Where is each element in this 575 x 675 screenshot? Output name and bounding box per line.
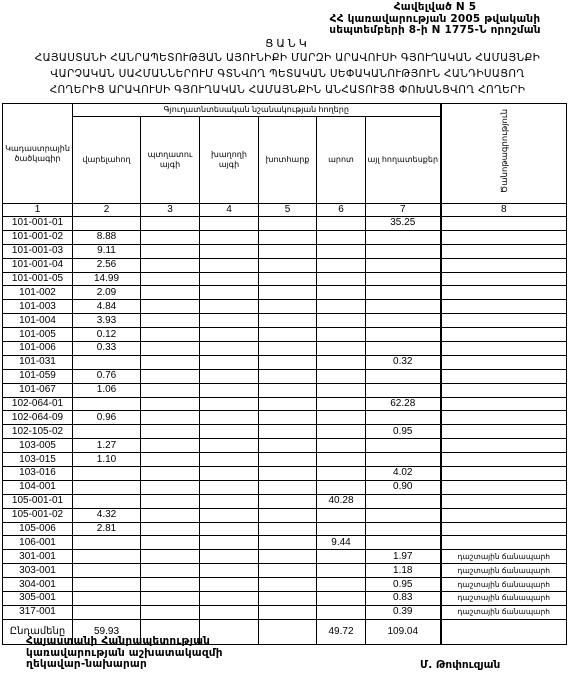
area-cell xyxy=(317,244,366,258)
column-number: 2 xyxy=(73,204,141,217)
document-title: ՀԱՅԱՍՏԱՆԻ ՀԱՆՐԱՊԵՏՈՒԹՅԱՆ ԱՅՈՒՆԻՔԻ ՄԱՐԶԻ … xyxy=(2,50,573,98)
cadastral-code-cell: 102-064-09 xyxy=(3,411,73,425)
area-cell xyxy=(200,286,259,300)
area-cell xyxy=(366,411,441,425)
area-cell xyxy=(259,467,317,481)
area-cell xyxy=(141,550,200,564)
note-cell xyxy=(441,425,567,439)
area-cell xyxy=(73,397,141,411)
note-cell xyxy=(441,355,567,369)
table-row: 101-0034.84 xyxy=(3,300,567,314)
cadastral-code-cell: 102-105-02 xyxy=(3,425,73,439)
cadastral-code-cell: 101-003 xyxy=(3,300,73,314)
column-header-orchard: պտղատու այգի xyxy=(141,117,200,204)
cadastral-code-cell: 101-001-02 xyxy=(3,230,73,244)
table-row: 105-0062.81 xyxy=(3,522,567,536)
area-cell xyxy=(259,300,317,314)
note-cell xyxy=(441,453,567,467)
area-cell xyxy=(317,480,366,494)
area-cell xyxy=(141,300,200,314)
area-cell: 9.11 xyxy=(73,244,141,258)
table-row: 102-064-090.96 xyxy=(3,411,567,425)
cadastral-code-cell: 101-004 xyxy=(3,314,73,328)
cadastral-code-cell: 103-016 xyxy=(3,467,73,481)
note-cell: դաշտային ճանապարհ xyxy=(441,550,567,564)
note-cell xyxy=(441,397,567,411)
area-cell: 0.33 xyxy=(73,342,141,356)
signatory-name: Մ. Թոփուզյան xyxy=(420,660,500,672)
area-cell xyxy=(141,314,200,328)
area-cell xyxy=(141,411,200,425)
cadastral-code-cell: 304-001 xyxy=(3,578,73,592)
area-cell xyxy=(317,605,366,619)
area-cell xyxy=(259,439,317,453)
area-cell xyxy=(317,383,366,397)
area-cell xyxy=(366,244,441,258)
area-cell xyxy=(317,467,366,481)
note-cell xyxy=(441,342,567,356)
area-cell: 3.93 xyxy=(73,314,141,328)
column-header-arable: վարելահող xyxy=(73,117,141,204)
area-cell xyxy=(259,536,317,550)
area-cell xyxy=(317,425,366,439)
area-cell: 1.10 xyxy=(73,453,141,467)
area-cell xyxy=(141,453,200,467)
area-cell: 0.90 xyxy=(366,480,441,494)
area-cell xyxy=(366,536,441,550)
area-cell: 1.97 xyxy=(366,550,441,564)
note-header-label: Ծանոթագրություն xyxy=(498,109,510,193)
position-line: ղեկավար-նախարար xyxy=(26,659,223,671)
area-cell xyxy=(73,217,141,231)
table-row: 101-001-042.56 xyxy=(3,258,567,272)
table-row: 106-0019.44 xyxy=(3,536,567,550)
table-row: 101-001-0135.25 xyxy=(3,217,567,231)
title-line: ՎԱՐՉԱԿԱՆ ՍԱՀՄԱՆՆԵՐՈՒՄ ԳՏՆՎՈՂ ՊԵՏԱԿԱՆ ՍԵՓ… xyxy=(2,66,573,82)
area-cell xyxy=(317,592,366,606)
area-cell xyxy=(73,592,141,606)
area-cell xyxy=(141,592,200,606)
cadastral-code-cell: 101-031 xyxy=(3,355,73,369)
table-row: 101-001-0514.99 xyxy=(3,272,567,286)
area-cell xyxy=(317,286,366,300)
area-cell xyxy=(141,217,200,231)
area-cell xyxy=(317,342,366,356)
area-cell xyxy=(259,592,317,606)
area-cell xyxy=(200,425,259,439)
column-header-vineyard: խաղողի այգի xyxy=(200,117,259,204)
area-cell xyxy=(200,369,259,383)
area-cell: 2.81 xyxy=(73,522,141,536)
area-cell xyxy=(317,272,366,286)
area-cell: 0.95 xyxy=(366,425,441,439)
area-cell xyxy=(200,258,259,272)
cadastral-code-cell: 101-005 xyxy=(3,328,73,342)
table-row: 304-0010.95դաշտային ճանապարհ xyxy=(3,578,567,592)
area-cell xyxy=(200,355,259,369)
note-cell xyxy=(441,494,567,508)
area-cell xyxy=(141,508,200,522)
area-cell xyxy=(73,536,141,550)
note-cell xyxy=(441,439,567,453)
area-cell: 0.96 xyxy=(73,411,141,425)
area-cell xyxy=(200,522,259,536)
cadastral-code-cell: 105-001-01 xyxy=(3,494,73,508)
cadastral-code-cell: 106-001 xyxy=(3,536,73,550)
area-cell xyxy=(141,605,200,619)
area-cell xyxy=(366,439,441,453)
table-row: 105-001-024.32 xyxy=(3,508,567,522)
note-cell xyxy=(441,230,567,244)
table-row: 101-0590.76 xyxy=(3,369,567,383)
cadastral-code-cell: 303-001 xyxy=(3,564,73,578)
area-cell xyxy=(200,314,259,328)
area-cell xyxy=(259,605,317,619)
note-cell xyxy=(441,258,567,272)
land-parcels-table: Կադաստրային ծածկագիր Գյուղատնտեսական նշա… xyxy=(2,103,567,645)
area-cell xyxy=(141,536,200,550)
table-row: 317-0010.39դաշտային ճանապարհ xyxy=(3,605,567,619)
note-cell: դաշտային ճանապարհ xyxy=(441,592,567,606)
column-number: 6 xyxy=(317,204,366,217)
totals-cell xyxy=(259,619,317,644)
area-cell xyxy=(141,480,200,494)
area-cell xyxy=(259,480,317,494)
table-row: 301-0011.97դաշտային ճանապարհ xyxy=(3,550,567,564)
area-cell xyxy=(317,230,366,244)
note-cell xyxy=(441,300,567,314)
area-cell xyxy=(141,230,200,244)
column-number: 5 xyxy=(259,204,317,217)
area-cell xyxy=(200,494,259,508)
area-cell xyxy=(73,355,141,369)
cadastral-code-cell: 103-015 xyxy=(3,453,73,467)
area-cell xyxy=(200,592,259,606)
title-line: ՀԱՅԱՍՏԱՆԻ ՀԱՆՐԱՊԵՏՈՒԹՅԱՆ ԱՅՈՒՆԻՔԻ ՄԱՐԶԻ … xyxy=(2,50,573,66)
area-cell xyxy=(317,300,366,314)
appendix-reference: Հավելված N 5 ՀՀ կառավարության 2005 թվակա… xyxy=(300,2,570,37)
appendix-line: սեպտեմբերի 8-ի N 1775-Ն որոշման xyxy=(300,25,570,37)
area-cell xyxy=(317,314,366,328)
cadastral-code-cell: 101-006 xyxy=(3,342,73,356)
area-cell xyxy=(200,550,259,564)
signatory-position: Հայաստանի Հանրապետության կառավարության ա… xyxy=(26,636,223,671)
area-cell xyxy=(200,508,259,522)
area-cell xyxy=(200,411,259,425)
area-cell: 0.76 xyxy=(73,369,141,383)
title-line: ՀՈՂԵՐԻՑ ԱՐԱՎՈՒՍԻ ԳՅՈՒՂԱԿԱՆ ՀԱՄԱՅՆՔԻՆ ԱՆՀ… xyxy=(2,82,573,98)
cadastral-code-cell: 102-064-01 xyxy=(3,397,73,411)
area-cell xyxy=(141,328,200,342)
area-cell xyxy=(366,314,441,328)
area-cell xyxy=(259,453,317,467)
cadastral-code-cell: 104-001 xyxy=(3,480,73,494)
list-heading: ՑԱՆԿ xyxy=(0,38,575,50)
column-number: 4 xyxy=(200,204,259,217)
area-cell xyxy=(141,425,200,439)
area-cell xyxy=(317,522,366,536)
area-cell xyxy=(141,467,200,481)
area-cell xyxy=(73,605,141,619)
area-cell xyxy=(317,355,366,369)
area-cell xyxy=(73,550,141,564)
area-cell xyxy=(317,217,366,231)
area-cell: 2.09 xyxy=(73,286,141,300)
area-cell xyxy=(200,244,259,258)
area-cell xyxy=(141,439,200,453)
table-row: 103-0164.02 xyxy=(3,467,567,481)
area-cell xyxy=(317,439,366,453)
area-cell xyxy=(141,244,200,258)
note-cell xyxy=(441,328,567,342)
area-cell xyxy=(200,467,259,481)
area-cell xyxy=(200,230,259,244)
area-cell xyxy=(366,230,441,244)
area-cell xyxy=(141,494,200,508)
table-row: 101-0043.93 xyxy=(3,314,567,328)
cadastral-code-cell: 105-001-02 xyxy=(3,508,73,522)
area-cell: 0.95 xyxy=(366,578,441,592)
area-cell xyxy=(259,272,317,286)
table-row: 102-064-0162.28 xyxy=(3,397,567,411)
area-cell xyxy=(366,300,441,314)
table-row: 104-0010.90 xyxy=(3,480,567,494)
area-cell xyxy=(259,397,317,411)
area-cell xyxy=(200,578,259,592)
area-cell xyxy=(141,578,200,592)
cadastral-code-cell: 305-001 xyxy=(3,592,73,606)
area-cell: 62.28 xyxy=(366,397,441,411)
table-row: 101-001-028.88 xyxy=(3,230,567,244)
cadastral-code-cell: 301-001 xyxy=(3,550,73,564)
area-cell xyxy=(73,425,141,439)
table-row: 303-0011.18դաշտային ճանապարհ xyxy=(3,564,567,578)
table-row: 103-0151.10 xyxy=(3,453,567,467)
table-row: 101-001-039.11 xyxy=(3,244,567,258)
cadastral-code-cell: 101-001-04 xyxy=(3,258,73,272)
cadastral-code-cell: 105-006 xyxy=(3,522,73,536)
area-cell xyxy=(73,480,141,494)
table-row: 101-0050.12 xyxy=(3,328,567,342)
area-cell xyxy=(200,453,259,467)
area-cell xyxy=(366,369,441,383)
column-number: 1 xyxy=(3,204,73,217)
area-cell xyxy=(200,397,259,411)
note-cell: դաշտային ճանապարհ xyxy=(441,564,567,578)
note-cell xyxy=(441,314,567,328)
area-cell xyxy=(259,314,317,328)
note-cell xyxy=(441,217,567,231)
cadastral-code-cell: 101-002 xyxy=(3,286,73,300)
area-cell: 4.84 xyxy=(73,300,141,314)
area-cell xyxy=(200,605,259,619)
table-row: 105-001-0140.28 xyxy=(3,494,567,508)
area-cell xyxy=(200,564,259,578)
area-cell xyxy=(317,550,366,564)
area-cell xyxy=(259,550,317,564)
note-cell xyxy=(441,522,567,536)
area-cell xyxy=(366,342,441,356)
area-cell xyxy=(259,383,317,397)
cadastral-code-cell: 103-005 xyxy=(3,439,73,453)
area-cell xyxy=(141,286,200,300)
area-cell: 14.99 xyxy=(73,272,141,286)
area-cell xyxy=(259,425,317,439)
area-cell: 40.28 xyxy=(317,494,366,508)
area-cell xyxy=(317,411,366,425)
cadastral-code-cell: 101-001-03 xyxy=(3,244,73,258)
column-header-cadastral-code: Կադաստրային ծածկագիր xyxy=(3,104,73,204)
note-cell xyxy=(441,467,567,481)
area-cell: 2.56 xyxy=(73,258,141,272)
area-cell xyxy=(141,564,200,578)
area-cell: 1.06 xyxy=(73,383,141,397)
area-cell xyxy=(317,258,366,272)
area-cell xyxy=(317,578,366,592)
area-cell xyxy=(259,578,317,592)
area-cell: 0.32 xyxy=(366,355,441,369)
area-cell xyxy=(366,508,441,522)
area-cell xyxy=(200,217,259,231)
area-cell xyxy=(141,342,200,356)
area-cell: 4.32 xyxy=(73,508,141,522)
area-cell xyxy=(366,453,441,467)
area-cell xyxy=(141,272,200,286)
area-cell: 9.44 xyxy=(317,536,366,550)
table-row: 101-0060.33 xyxy=(3,342,567,356)
column-header-hayfield: խոտհարք xyxy=(259,117,317,204)
area-cell xyxy=(141,258,200,272)
area-cell xyxy=(141,397,200,411)
area-cell xyxy=(200,342,259,356)
cadastral-code-cell: 101-067 xyxy=(3,383,73,397)
cadastral-code-cell: 101-001-01 xyxy=(3,217,73,231)
cadastral-code-cell: 317-001 xyxy=(3,605,73,619)
area-cell: 1.18 xyxy=(366,564,441,578)
area-cell xyxy=(73,578,141,592)
area-cell: 8.88 xyxy=(73,230,141,244)
area-cell: 4.02 xyxy=(366,467,441,481)
area-cell xyxy=(259,522,317,536)
area-cell xyxy=(200,480,259,494)
area-cell xyxy=(317,564,366,578)
cadastral-code-cell: 101-001-05 xyxy=(3,272,73,286)
area-cell xyxy=(317,328,366,342)
area-cell xyxy=(366,522,441,536)
area-cell xyxy=(200,300,259,314)
totals-cell xyxy=(441,619,567,644)
area-cell xyxy=(141,369,200,383)
area-cell xyxy=(200,439,259,453)
area-cell xyxy=(259,411,317,425)
area-cell: 1.27 xyxy=(73,439,141,453)
area-cell xyxy=(259,244,317,258)
area-cell xyxy=(259,258,317,272)
area-cell: 35.25 xyxy=(366,217,441,231)
group-header-agricultural-land: Գյուղատնտեսական նշանակության հողերը xyxy=(73,104,441,117)
area-cell xyxy=(366,383,441,397)
area-cell: 0.39 xyxy=(366,605,441,619)
column-header-note: Ծանոթագրություն xyxy=(441,104,567,204)
table-row: 101-0310.32 xyxy=(3,355,567,369)
area-cell xyxy=(317,453,366,467)
note-cell xyxy=(441,286,567,300)
column-header-other-land: այլ հողատեսքեր xyxy=(366,117,441,204)
area-cell xyxy=(259,355,317,369)
area-cell xyxy=(259,494,317,508)
table-row: 103-0051.27 xyxy=(3,439,567,453)
column-number-row: 1 2 3 4 5 6 7 8 xyxy=(3,204,567,217)
cadastral-code-cell: 101-059 xyxy=(3,369,73,383)
area-cell xyxy=(73,467,141,481)
area-cell xyxy=(259,217,317,231)
area-cell xyxy=(259,230,317,244)
note-cell xyxy=(441,480,567,494)
table-row: 305-0010.83դաշտային ճանապարհ xyxy=(3,592,567,606)
area-cell xyxy=(366,258,441,272)
note-cell: դաշտային ճանապարհ xyxy=(441,605,567,619)
area-cell xyxy=(259,328,317,342)
note-cell xyxy=(441,411,567,425)
note-cell xyxy=(441,508,567,522)
note-cell xyxy=(441,536,567,550)
area-cell: 0.83 xyxy=(366,592,441,606)
area-cell xyxy=(141,383,200,397)
area-cell xyxy=(73,564,141,578)
area-cell xyxy=(73,494,141,508)
appendix-line: Հավելված N 5 xyxy=(300,2,570,14)
area-cell xyxy=(259,508,317,522)
note-cell xyxy=(441,244,567,258)
column-number: 8 xyxy=(441,204,567,217)
area-cell xyxy=(259,286,317,300)
note-cell xyxy=(441,272,567,286)
position-line: Հայաստանի Հանրապետության xyxy=(26,636,223,648)
area-cell xyxy=(317,397,366,411)
area-cell xyxy=(366,286,441,300)
table-row: 101-0671.06 xyxy=(3,383,567,397)
column-number: 7 xyxy=(366,204,441,217)
area-cell xyxy=(259,369,317,383)
totals-cell: 109.04 xyxy=(366,619,441,644)
note-cell xyxy=(441,369,567,383)
area-cell xyxy=(141,522,200,536)
table-row: 101-0022.09 xyxy=(3,286,567,300)
area-cell xyxy=(200,328,259,342)
area-cell xyxy=(317,369,366,383)
area-cell xyxy=(200,272,259,286)
area-cell xyxy=(200,383,259,397)
area-cell xyxy=(259,342,317,356)
column-header-pasture: արոտ xyxy=(317,117,366,204)
area-cell xyxy=(200,536,259,550)
area-cell xyxy=(317,508,366,522)
area-cell xyxy=(366,328,441,342)
note-cell xyxy=(441,383,567,397)
area-cell: 0.12 xyxy=(73,328,141,342)
note-cell: դաշտային ճանապարհ xyxy=(441,578,567,592)
totals-cell: 49.72 xyxy=(317,619,366,644)
area-cell xyxy=(366,272,441,286)
area-cell xyxy=(141,355,200,369)
table-row: 102-105-020.95 xyxy=(3,425,567,439)
column-number: 3 xyxy=(141,204,200,217)
area-cell xyxy=(259,564,317,578)
area-cell xyxy=(366,494,441,508)
